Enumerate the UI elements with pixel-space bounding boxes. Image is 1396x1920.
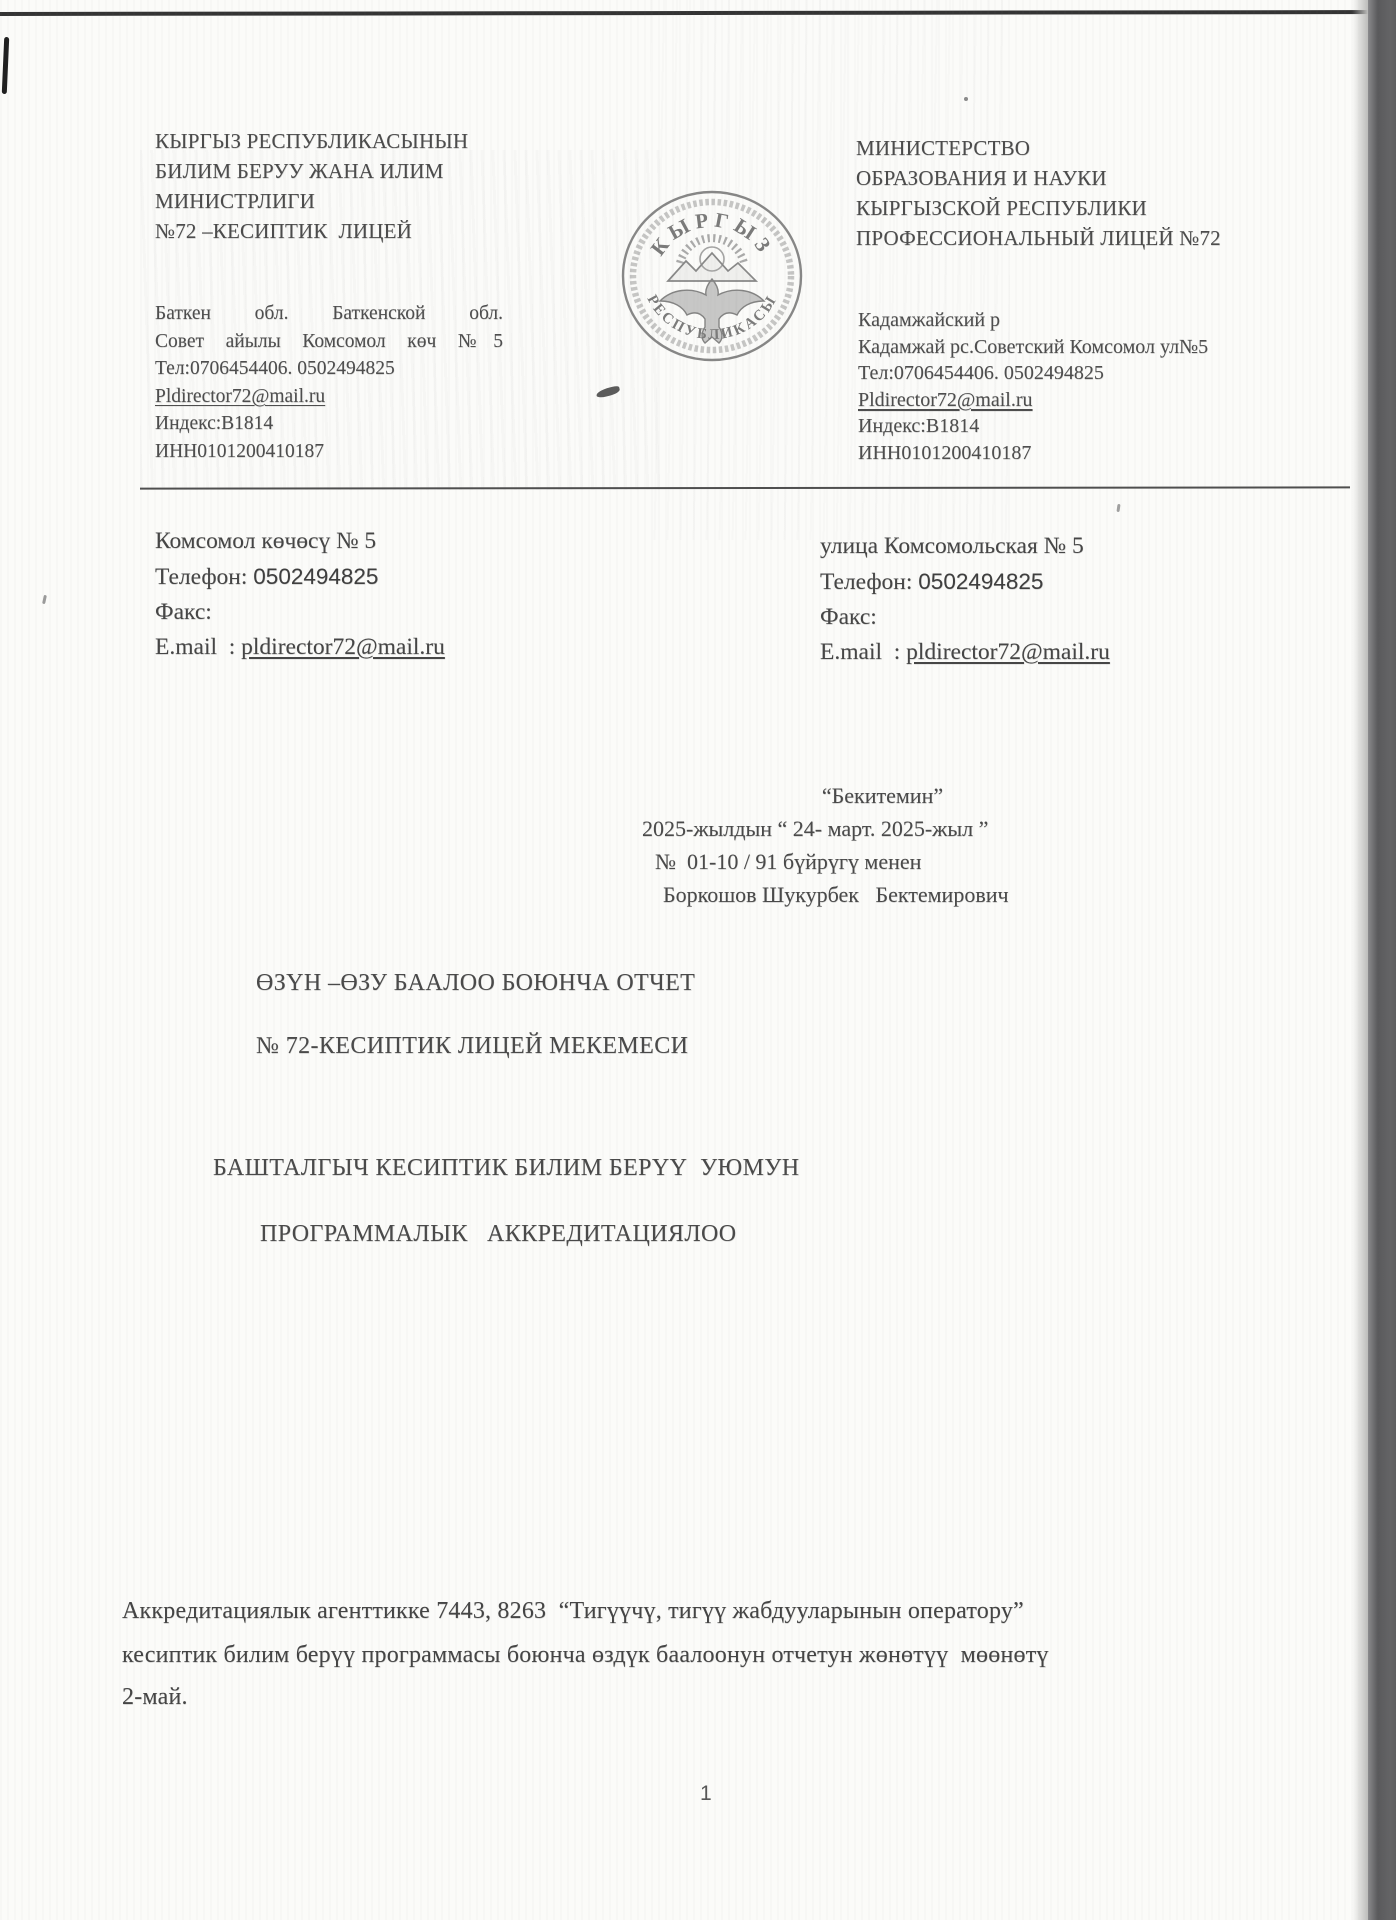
- scanned-document-page: КЫРГЫЗ РЕСПУБЛИКАСЫНЫН БИЛИМ БЕРУУ ЖАНА …: [0, 0, 1396, 1920]
- fax-line: Факс:: [820, 600, 1340, 635]
- email-address: Pldirector72@mail.ru: [155, 383, 503, 411]
- report-title-line2: № 72-КЕСИПТИК ЛИЦЕЙ МЕКЕМЕСИ: [256, 1033, 688, 1060]
- phone-label: Телефон:: [155, 564, 253, 590]
- ink-squiggle-mark: [595, 385, 620, 399]
- phone-line: Телефон: 0502494825: [155, 559, 675, 595]
- phone-number: 0502494825: [918, 569, 1043, 594]
- org-name-line: №72 –КЕСИПТИК ЛИЦЕЙ: [155, 216, 525, 246]
- dust-speck: [42, 595, 47, 604]
- page-number: 1: [700, 1782, 712, 1806]
- contact-block-kyrgyz: Комсомол көчөсү № 5 Телефон: 0502494825 …: [155, 524, 675, 665]
- address-line: Баткен обл. Баткенской обл.: [155, 300, 503, 328]
- approval-date-line: 2025-жылдын “ 24- март. 2025-жыл ”: [642, 812, 1175, 845]
- org-name-line: МИНИСТРЛИГИ: [155, 186, 525, 216]
- email-line: E.mail : pldirector72@mail.ru: [820, 635, 1340, 670]
- email-address: pldirector72@mail.ru: [241, 634, 445, 660]
- report-title-line1: ӨЗҮН –ӨЗУ БААЛОО БОЮНЧА ОТЧЕТ: [256, 970, 695, 997]
- scan-right-edge-dark-strip: [1368, 0, 1396, 1920]
- letterhead-right-org: МИНИСТЕРСТВО ОБРАЗОВАНИЯ И НАУКИ КЫРГЫЗС…: [856, 133, 1306, 253]
- postal-index-line: Индекс:В1814: [858, 413, 1308, 440]
- address-line: Кадамжай рс.Советский Комсомол ул№5: [858, 334, 1308, 361]
- approval-block: “Бекитемин” 2025-жылдын “ 24- март. 2025…: [630, 779, 1175, 911]
- phone-line: Телефон: 0502494825: [820, 564, 1340, 600]
- kyrgyz-republic-emblem-stamp: КЫРГЫЗ РЕСПУБЛИКАСЫ: [620, 189, 804, 363]
- approval-order-line: № 01-10 / 91 бүйрүгү менен: [655, 845, 1175, 878]
- approval-title: “Бекитемин”: [630, 779, 1175, 812]
- phone-line: Тел:0706454406. 0502494825: [155, 355, 503, 383]
- org-name-line: БИЛИМ БЕРУУ ЖАНА ИЛИМ: [155, 156, 525, 186]
- postal-index-line: Индекс:В1814: [155, 410, 503, 438]
- address-line: Кадамжайский р: [858, 307, 1308, 334]
- accreditation-title-line2: ПРОГРАММАЛЫК АККРЕДИТАЦИЯЛОО: [260, 1221, 736, 1248]
- email-address: pldirector72@mail.ru: [906, 639, 1110, 665]
- body-paragraph-line1: Аккредитациялык агенттикке 7443, 8263 “Т…: [122, 1598, 1024, 1625]
- address-line: Совет айылы Комсомол көч №5: [155, 328, 503, 356]
- fax-line: Факс:: [155, 595, 675, 630]
- body-paragraph-line2: кесиптик билим берүү программасы боюнча …: [122, 1642, 1049, 1669]
- scan-left-edge-mark: [2, 37, 9, 94]
- dust-speck: [1116, 504, 1120, 512]
- letterhead-left-address: Баткен обл. Баткенской обл. Совет айылы …: [155, 300, 503, 465]
- scan-top-edge-line: [0, 10, 1396, 16]
- org-name-line: КЫРГЫЗ РЕСПУБЛИКАСЫНЫН: [155, 126, 525, 156]
- street-line: Комсомол көчөсү № 5: [155, 524, 675, 559]
- phone-label: Телефон:: [820, 569, 918, 595]
- phone-number: 0502494825: [253, 564, 378, 589]
- email-label: E.mail :: [155, 634, 241, 660]
- street-line: улица Комсомольская № 5: [820, 529, 1340, 564]
- email-line: E.mail : pldirector72@mail.ru: [155, 630, 675, 665]
- letterhead-divider-line: [140, 486, 1350, 489]
- inn-line: ИНН0101200410187: [155, 438, 503, 466]
- email-address: Pldirector72@mail.ru: [858, 387, 1308, 414]
- scan-right-edge-light-strip: [1352, 0, 1368, 1920]
- body-paragraph-line3: 2-май.: [122, 1684, 188, 1711]
- contact-block-russian: улица Комсомольская № 5 Телефон: 0502494…: [820, 529, 1340, 670]
- org-name-line: ПРОФЕССИОНАЛЬНЫЙ ЛИЦЕЙ №72: [856, 223, 1306, 253]
- inn-line: ИНН0101200410187: [858, 440, 1308, 467]
- email-label: E.mail :: [820, 639, 906, 665]
- approval-signatory-name: Боркошов Шукурбек Бектемирович: [663, 878, 1175, 911]
- dust-speck: [964, 97, 968, 101]
- letterhead-right-address: Кадамжайский р Кадамжай рс.Советский Ком…: [858, 307, 1308, 466]
- accreditation-title-line1: БАШТАЛГЫЧ КЕСИПТИК БИЛИМ БЕРҮҮ УЮМУН: [213, 1155, 799, 1182]
- org-name-line: КЫРГЫЗСКОЙ РЕСПУБЛИКИ: [856, 193, 1306, 223]
- org-name-line: ОБРАЗОВАНИЯ И НАУКИ: [856, 163, 1306, 193]
- phone-line: Тел:0706454406. 0502494825: [858, 360, 1308, 387]
- org-name-line: МИНИСТЕРСТВО: [856, 133, 1306, 163]
- letterhead-left-org: КЫРГЫЗ РЕСПУБЛИКАСЫНЫН БИЛИМ БЕРУУ ЖАНА …: [155, 126, 525, 246]
